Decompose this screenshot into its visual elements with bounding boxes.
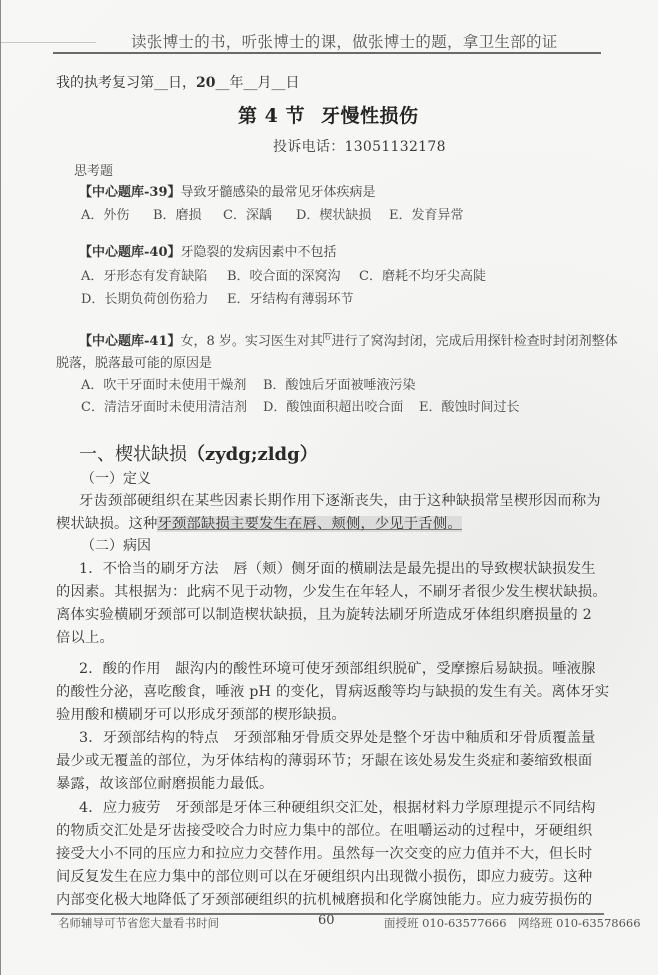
q40-option-e: E．牙结构有薄弱环节 — [227, 288, 354, 307]
etiology-line: 2．酸的作用 龈沟内的酸性环境可使牙颈部组织脱矿，受摩擦后易缺损。唾液腺 — [79, 658, 596, 678]
q41-option-b: B．酸蚀后牙面被唾液污染 — [263, 374, 416, 393]
question-stem: 牙隐裂的发病因素中不包括 — [181, 245, 337, 260]
q40-option-b: B．咬合面的深窝沟 — [227, 265, 341, 284]
section-number: 第 4 节 — [238, 105, 305, 127]
question-stem: 导致牙髓感染的最常见牙体疾病是 — [181, 185, 376, 200]
blank-month: __ — [243, 75, 257, 91]
etiology-line: 间反复发生在应力集中的部位则可以在牙硬组织内出现微小损伤，即应力疲劳。这种 — [56, 866, 592, 886]
study-date-prefix: 我的执考复习第 — [56, 75, 154, 91]
study-date-line: 我的执考复习第__日，20__年__月__日 — [56, 72, 299, 92]
footer-left-text: 名师辅导可节省您大量看书时间 — [58, 915, 219, 931]
q41-option-e: E．酸蚀时间过长 — [419, 396, 520, 415]
etiology-line: 的酸性分泌，喜吃酸食，唾液 pH 的变化，胃病返酸等均与缺损的发生有关。离体牙实 — [56, 681, 609, 701]
etiology-line: 的物质交汇处是牙齿接受咬合力时应力集中的部位。在咀嚼运动的过程中，牙硬组织 — [56, 820, 592, 840]
blank-year: __ — [215, 75, 229, 91]
definition-heading: （一）定义 — [81, 468, 151, 488]
q41-option-c: C．清洁牙面时未使用清洁剂 — [81, 396, 247, 415]
definition-plain-text: 楔状缺损。这种 — [56, 516, 157, 532]
etiology-heading: （二）病因 — [81, 535, 151, 555]
footer-contact: 面授班 010-63577666 网络班 010-63578666 — [384, 915, 641, 931]
question-tag: 【中心题库-40】 — [79, 245, 181, 260]
heading-text: 一、楔状缺损 — [79, 444, 187, 465]
question-tag: 【中心题库-41】 — [79, 334, 181, 349]
question-41-stem-line2: 脱落，脱落最可能的原因是 — [56, 352, 212, 371]
q41-option-d: D．酸蚀面积超出咬合面 — [263, 396, 403, 415]
question-tag: 【中心题库-39】 — [79, 185, 181, 200]
section-name: 牙慢性损伤 — [321, 105, 419, 127]
etiology-line: 1．不恰当的刷牙方法 唇（颊）侧牙面的横刷法是最先提出的导致楔状缺损发生 — [79, 558, 596, 578]
heading-wedge-shaped-defect: 一、楔状缺损（zydg;zldg） — [79, 440, 318, 466]
definition-highlighted-text: 牙颈部缺损主要发生在唇、颊侧，少见于舌侧。 — [157, 516, 461, 532]
question-41-stem: 【中心题库-41】女，8 岁。实习医生对其6进行了窝沟封闭，完成后用探针检查时封… — [79, 330, 618, 349]
definition-line-2: 楔状缺损。这种牙颈部缺损主要发生在唇、颊侧，少见于舌侧。 — [56, 513, 462, 533]
q40-option-a: A．牙形态有发育缺陷 — [81, 265, 207, 284]
heading-code: （zydg;zldg） — [187, 444, 318, 465]
complaint-phone: 投诉电话：13051132178 — [273, 136, 446, 156]
question-stem-part2: 进行了窝沟封闭，完成后用探针检查时封闭剂整体 — [332, 334, 618, 349]
etiology-line: 3．牙颈部结构的特点 牙颈部釉牙骨质交界处是整个牙齿中釉质和牙骨质覆盖量 — [79, 727, 596, 747]
etiology-line: 离体实验横刷牙颈部可以制造楔状缺损，且为旋转法刷牙所造成牙体组织磨损量的 2 — [56, 604, 592, 624]
header-slogan: 读张博士的书，听张博士的课，做张博士的题，拿卫生部的证 — [131, 30, 558, 52]
q39-option-b: B．磨损 — [153, 204, 202, 223]
q40-option-d: D．长期负荷创伤𬌗力 — [81, 288, 208, 307]
etiology-line: 接受大小不同的压应力和拉应力交替作用。虽然每一次交变的应力值并不大，但长时 — [56, 843, 592, 863]
year-prefix: 20 — [196, 75, 215, 91]
etiology-line: 倍以上。 — [56, 627, 114, 647]
date-label: 日 — [285, 75, 299, 91]
thinking-label: 思考题 — [74, 160, 113, 179]
question-39-stem: 【中心题库-39】导致牙髓感染的最常见牙体疾病是 — [79, 181, 376, 200]
q39-option-a: A．外伤 — [81, 204, 129, 223]
definition-line-1: 牙齿颈部硬组织在某些因素长期作用下逐渐丧失，由于这种缺损常呈楔形因而称为 — [79, 490, 601, 510]
q40-option-c: C．磨耗不均牙尖高陡 — [359, 265, 486, 284]
header-decor-line — [1, 42, 96, 43]
question-stem-part1: 女，8 岁。实习医生对其 — [181, 334, 323, 349]
q39-option-d: D．楔状缺损 — [296, 204, 371, 223]
document-page: 读张博士的书，听张博士的课，做张博士的题，拿卫生部的证 我的执考复习第__日，2… — [0, 0, 658, 975]
blank-day: __ — [154, 75, 168, 91]
blank-date: __ — [271, 75, 285, 91]
page-number: 60 — [318, 913, 335, 928]
question-40-stem: 【中心题库-40】牙隐裂的发病因素中不包括 — [79, 241, 337, 260]
etiology-line: 内部变化极大地降低了牙颈部硬组织的抗机械磨损和化学腐蚀能力。应力疲劳损伤的 — [56, 889, 592, 909]
tooth-position-mark: 6 — [323, 333, 332, 343]
etiology-line: 验用酸和横刷牙可以形成牙颈部的楔形缺损。 — [56, 704, 346, 724]
day-label: 日， — [168, 75, 196, 91]
q39-option-c: C．深龋 — [223, 204, 272, 223]
month-label: 月 — [257, 75, 271, 91]
q39-option-e: E．发育异常 — [389, 204, 464, 223]
etiology-line: 4．应力疲劳 牙颈部是牙体三种硬组织交汇处，根据材料力学原理提示不同结构 — [79, 797, 596, 817]
year-label: 年 — [229, 75, 243, 91]
section-title: 第 4 节牙慢性损伤 — [238, 101, 418, 128]
etiology-line: 暴露，故该部位耐磨损能力最低。 — [56, 773, 273, 793]
q41-option-a: A．吹干牙面时未使用干燥剂 — [81, 374, 246, 393]
header-rule — [53, 52, 601, 54]
etiology-line: 的因素。其根据为：此病不见于动物，少发生在年轻人，不刷牙者很少发生楔状缺损。 — [56, 581, 607, 601]
etiology-line: 最少或无覆盖的部位，为牙体结构的薄弱环节；牙龈在该处易发生炎症和萎缩致根面 — [56, 750, 592, 770]
